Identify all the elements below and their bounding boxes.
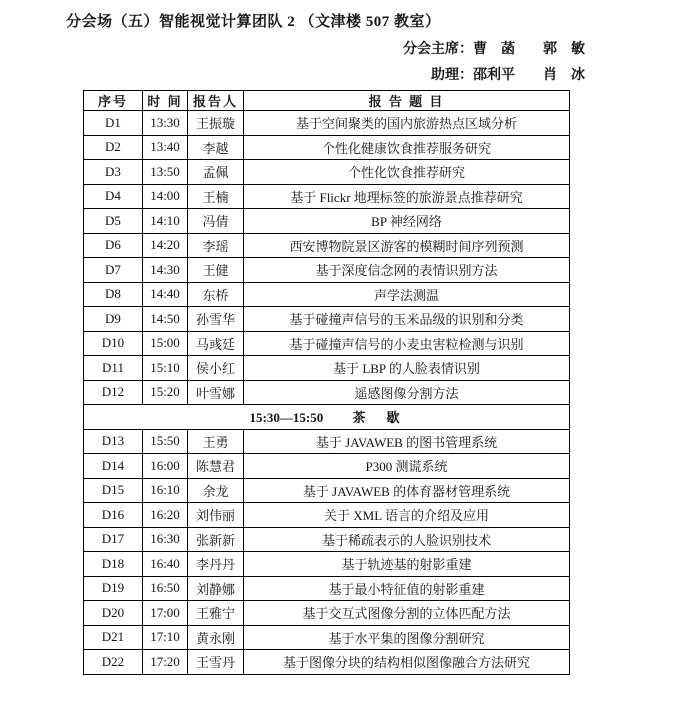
table-row: D18 16:40 李丹丹 基于轨迹基的射影重建 xyxy=(84,552,570,577)
cell-speaker: 孙雪华 xyxy=(188,307,244,332)
cell-speaker: 黄永刚 xyxy=(188,625,244,650)
table-row: D20 17:00 王雅宁 基于交互式图像分割的立体匹配方法 xyxy=(84,601,570,626)
table-row: D14 16:00 陈慧君 P300 测谎系统 xyxy=(84,454,570,479)
cell-talk-id: D22 xyxy=(84,650,143,675)
document-page: 分会场（五）智能视觉计算团队 2 （文津楼 507 教室） 分会主席：曹 菡 郭… xyxy=(0,0,680,703)
cell-speaker: 陈慧君 xyxy=(188,454,244,479)
table-row: D1 13:30 王振璇 基于空间聚类的国内旅游热点区域分析 xyxy=(84,111,570,136)
cell-talk-title: 基于交互式图像分割的立体匹配方法 xyxy=(244,601,570,626)
cell-speaker: 王雅宁 xyxy=(188,601,244,626)
table-row: D16 16:20 刘伟丽 关于 XML 语言的介绍及应用 xyxy=(84,503,570,528)
cell-talk-time: 17:20 xyxy=(143,650,188,675)
cell-talk-time: 16:20 xyxy=(143,503,188,528)
cell-speaker: 刘静娜 xyxy=(188,576,244,601)
cell-talk-title: 基于 JAVAWEB 的图书管理系统 xyxy=(244,429,570,454)
cell-talk-title: 基于碰撞声信号的玉米品级的识别和分类 xyxy=(244,307,570,332)
cell-speaker: 李瑶 xyxy=(188,233,244,258)
cell-talk-time: 17:10 xyxy=(143,625,188,650)
cell-talk-id: D2 xyxy=(84,135,143,160)
cell-talk-title: BP 神经网络 xyxy=(244,209,570,234)
cell-talk-time: 16:30 xyxy=(143,527,188,552)
table-row: D13 15:50 王勇 基于 JAVAWEB 的图书管理系统 xyxy=(84,429,570,454)
cell-talk-time: 15:10 xyxy=(143,356,188,381)
cell-talk-time: 14:10 xyxy=(143,209,188,234)
table-row: D12 15:20 叶雪娜 遥感图像分割方法 xyxy=(84,380,570,405)
cell-talk-time: 14:20 xyxy=(143,233,188,258)
cell-talk-id: D14 xyxy=(84,454,143,479)
table-row: D9 14:50 孙雪华 基于碰撞声信号的玉米品级的识别和分类 xyxy=(84,307,570,332)
table-row: D6 14:20 李瑶 西安博物院景区游客的模糊时间序列预测 xyxy=(84,233,570,258)
cell-speaker: 叶雪娜 xyxy=(188,380,244,405)
cell-talk-id: D13 xyxy=(84,429,143,454)
tea-break-row: 15:30—15:50 茶 歇 xyxy=(84,405,570,430)
cell-talk-id: D9 xyxy=(84,307,143,332)
table-row: D8 14:40 东桥 声学法测温 xyxy=(84,282,570,307)
table-row: D4 14:00 王楠 基于 Flickr 地理标签的旅游景点推荐研究 xyxy=(84,184,570,209)
cell-speaker: 刘伟丽 xyxy=(188,503,244,528)
cell-talk-id: D19 xyxy=(84,576,143,601)
cell-talk-title: 基于最小特征值的射影重建 xyxy=(244,576,570,601)
cell-talk-time: 17:00 xyxy=(143,601,188,626)
cell-talk-id: D8 xyxy=(84,282,143,307)
cell-speaker: 王健 xyxy=(188,258,244,283)
cell-talk-id: D17 xyxy=(84,527,143,552)
table-row: D11 15:10 侯小红 基于 LBP 的人脸表情识别 xyxy=(84,356,570,381)
cell-talk-title: 个性化饮食推荐研究 xyxy=(244,160,570,185)
cell-talk-title: 基于 LBP 的人脸表情识别 xyxy=(244,356,570,381)
cell-talk-id: D11 xyxy=(84,356,143,381)
tea-break-time: 15:30—15:50 xyxy=(250,410,324,425)
cell-talk-title: 基于碰撞声信号的小麦虫害粒检测与识别 xyxy=(244,331,570,356)
cell-talk-time: 14:50 xyxy=(143,307,188,332)
cell-talk-time: 13:30 xyxy=(143,111,188,136)
cell-talk-time: 15:00 xyxy=(143,331,188,356)
page-title: 分会场（五）智能视觉计算团队 2 （文津楼 507 教室） xyxy=(66,10,441,31)
cell-talk-time: 16:00 xyxy=(143,454,188,479)
cell-talk-id: D18 xyxy=(84,552,143,577)
cell-speaker: 李越 xyxy=(188,135,244,160)
cell-talk-id: D10 xyxy=(84,331,143,356)
cell-speaker: 王楠 xyxy=(188,184,244,209)
cell-talk-title: P300 测谎系统 xyxy=(244,454,570,479)
cell-talk-title: 遥感图像分割方法 xyxy=(244,380,570,405)
cell-speaker: 侯小红 xyxy=(188,356,244,381)
cell-talk-id: D21 xyxy=(84,625,143,650)
table-row: D17 16:30 张新新 基于稀疏表示的人脸识别技术 xyxy=(84,527,570,552)
cell-talk-id: D20 xyxy=(84,601,143,626)
cell-talk-id: D16 xyxy=(84,503,143,528)
cell-speaker: 马彧廷 xyxy=(188,331,244,356)
table-row: D22 17:20 王雪丹 基于图像分块的结构相似图像融合方法研究 xyxy=(84,650,570,675)
cell-talk-id: D12 xyxy=(84,380,143,405)
cell-talk-title: 基于稀疏表示的人脸识别技术 xyxy=(244,527,570,552)
header-cell-id: 序号 xyxy=(84,91,143,111)
table-row: D19 16:50 刘静娜 基于最小特征值的射影重建 xyxy=(84,576,570,601)
cell-talk-time: 13:50 xyxy=(143,160,188,185)
cell-talk-time: 15:50 xyxy=(143,429,188,454)
cell-speaker: 孟佩 xyxy=(188,160,244,185)
cell-talk-time: 15:20 xyxy=(143,380,188,405)
cell-talk-id: D15 xyxy=(84,478,143,503)
cell-talk-title: 基于深度信念网的表情识别方法 xyxy=(244,258,570,283)
cell-talk-id: D7 xyxy=(84,258,143,283)
cell-talk-id: D1 xyxy=(84,111,143,136)
cell-speaker: 王勇 xyxy=(188,429,244,454)
cell-talk-time: 14:40 xyxy=(143,282,188,307)
cell-talk-title: 声学法测温 xyxy=(244,282,570,307)
header-cell-speaker: 报告人 xyxy=(188,91,244,111)
header-cell-time: 时 间 xyxy=(143,91,188,111)
cell-talk-title: 基于空间聚类的国内旅游热点区域分析 xyxy=(244,111,570,136)
table-row: D2 13:40 李越 个性化健康饮食推荐服务研究 xyxy=(84,135,570,160)
session-assistant-line: 助理：邵利平 肖 冰 xyxy=(431,64,585,84)
schedule-table: 序号 时 间 报告人 报 告 题 目 D1 13:30 王振璇 基于空间聚类的国… xyxy=(83,90,570,675)
cell-speaker: 王振璇 xyxy=(188,111,244,136)
tea-break-label: 茶 歇 xyxy=(352,410,403,425)
tea-break-cell: 15:30—15:50 茶 歇 xyxy=(84,405,570,430)
cell-talk-title: 西安博物院景区游客的模糊时间序列预测 xyxy=(244,233,570,258)
cell-talk-id: D6 xyxy=(84,233,143,258)
table-row: D10 15:00 马彧廷 基于碰撞声信号的小麦虫害粒检测与识别 xyxy=(84,331,570,356)
table-row: D5 14:10 冯倩 BP 神经网络 xyxy=(84,209,570,234)
cell-talk-id: D4 xyxy=(84,184,143,209)
cell-talk-time: 16:40 xyxy=(143,552,188,577)
cell-speaker: 李丹丹 xyxy=(188,552,244,577)
cell-talk-time: 14:30 xyxy=(143,258,188,283)
cell-speaker: 冯倩 xyxy=(188,209,244,234)
cell-talk-id: D3 xyxy=(84,160,143,185)
cell-talk-title: 关于 XML 语言的介绍及应用 xyxy=(244,503,570,528)
table-row: D7 14:30 王健 基于深度信念网的表情识别方法 xyxy=(84,258,570,283)
session-chair-line: 分会主席：曹 菡 郭 敏 xyxy=(403,38,585,58)
cell-talk-time: 16:10 xyxy=(143,478,188,503)
header-cell-title: 报 告 题 目 xyxy=(244,91,570,111)
cell-talk-title: 基于轨迹基的射影重建 xyxy=(244,552,570,577)
cell-speaker: 东桥 xyxy=(188,282,244,307)
cell-speaker: 余龙 xyxy=(188,478,244,503)
cell-speaker: 王雪丹 xyxy=(188,650,244,675)
table-row: D21 17:10 黄永刚 基于水平集的图像分割研究 xyxy=(84,625,570,650)
cell-talk-time: 13:40 xyxy=(143,135,188,160)
cell-talk-title: 基于 Flickr 地理标签的旅游景点推荐研究 xyxy=(244,184,570,209)
cell-talk-title: 基于图像分块的结构相似图像融合方法研究 xyxy=(244,650,570,675)
cell-speaker: 张新新 xyxy=(188,527,244,552)
table-row: D3 13:50 孟佩 个性化饮食推荐研究 xyxy=(84,160,570,185)
cell-talk-time: 14:00 xyxy=(143,184,188,209)
cell-talk-time: 16:50 xyxy=(143,576,188,601)
cell-talk-title: 基于水平集的图像分割研究 xyxy=(244,625,570,650)
table-header-row: 序号 时 间 报告人 报 告 题 目 xyxy=(84,91,570,111)
cell-talk-id: D5 xyxy=(84,209,143,234)
table-row: D15 16:10 余龙 基于 JAVAWEB 的体育器材管理系统 xyxy=(84,478,570,503)
cell-talk-title: 个性化健康饮食推荐服务研究 xyxy=(244,135,570,160)
cell-talk-title: 基于 JAVAWEB 的体育器材管理系统 xyxy=(244,478,570,503)
